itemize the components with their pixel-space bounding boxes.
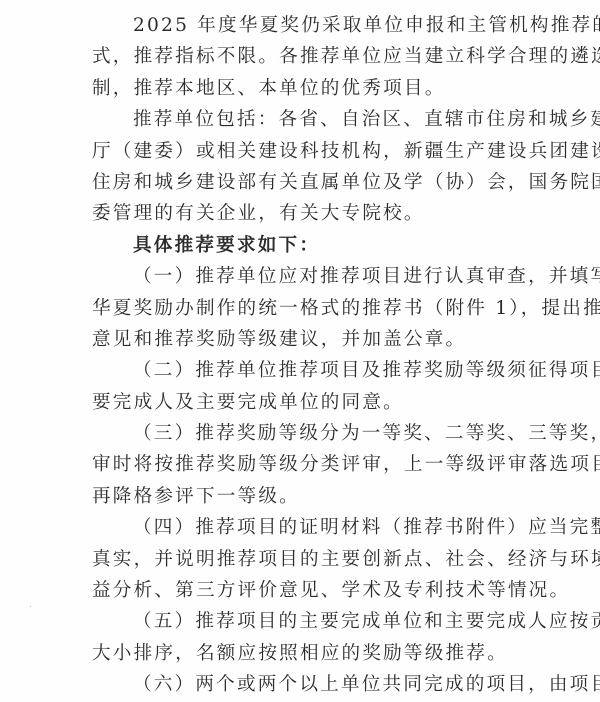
text-line: （四）推荐项目的证明材料（推荐书附件）应当完整、 xyxy=(92,512,512,543)
requirement-item-6: （六）两个或两个以上单位共同完成的项目，由项目主 xyxy=(92,669,512,700)
text-line: 再降格参评下一等级。 xyxy=(92,481,512,512)
text-line: 2025 年度华夏奖仍采取单位申报和主管机构推荐的方 xyxy=(92,10,512,41)
paragraph-intro: 2025 年度华夏奖仍采取单位申报和主管机构推荐的方 式，推荐指标不限。各推荐单… xyxy=(92,10,512,104)
text-line: 要完成人及主要完成单位的同意。 xyxy=(92,387,512,418)
requirement-item-4: （四）推荐项目的证明材料（推荐书附件）应当完整、 真实，并说明推荐项目的主要创新… xyxy=(92,512,512,606)
text-line: 制，推荐本地区、本单位的优秀项目。 xyxy=(92,73,512,104)
text-line: 推荐单位包括：各省、自治区、直辖市住房和城乡建设 xyxy=(92,104,512,135)
text-line: （一）推荐单位应对推荐项目进行认真审查，并填写由 xyxy=(92,261,512,292)
requirement-item-2: （二）推荐单位推荐项目及推荐奖励等级须征得项目主 要完成人及主要完成单位的同意。 xyxy=(92,355,512,418)
text-line: 审时将按推荐奖励等级分类评审，上一等级评审落选项目不 xyxy=(92,449,512,480)
section-heading: 具体推荐要求如下： xyxy=(92,230,512,261)
document-body: 2025 年度华夏奖仍采取单位申报和主管机构推荐的方 式，推荐指标不限。各推荐单… xyxy=(92,10,512,701)
text-line: 式，推荐指标不限。各推荐单位应当建立科学合理的遴选机 xyxy=(92,41,512,72)
text-line: 大小排序，名额应按照相应的奖励等级推荐。 xyxy=(92,638,512,669)
scan-speck xyxy=(30,606,31,607)
text-line: （三）推荐奖励等级分为一等奖、二等奖、三等奖，评 xyxy=(92,418,512,449)
document-page: 2025 年度华夏奖仍采取单位申报和主管机构推荐的方 式，推荐指标不限。各推荐单… xyxy=(0,0,600,702)
paragraph-recommending-units: 推荐单位包括：各省、自治区、直辖市住房和城乡建设 厅（建委）或相关建设科技机构，… xyxy=(92,104,512,230)
text-line: 住房和城乡建设部有关直属单位及学（协）会，国务院国资 xyxy=(92,167,512,198)
requirement-item-3: （三）推荐奖励等级分为一等奖、二等奖、三等奖，评 审时将按推荐奖励等级分类评审，… xyxy=(92,418,512,512)
requirement-item-1: （一）推荐单位应对推荐项目进行认真审查，并填写由 华夏奖励办制作的统一格式的推荐… xyxy=(92,261,512,355)
text-line: 委管理的有关企业，有关大专院校。 xyxy=(92,198,512,229)
text-line: （五）推荐项目的主要完成单位和主要完成人应按贡献 xyxy=(92,606,512,637)
text-line: 真实，并说明推荐项目的主要创新点、社会、经济与环境效 xyxy=(92,544,512,575)
text-line: 厅（建委）或相关建设科技机构，新疆生产建设兵团建设局， xyxy=(92,136,512,167)
text-line: 意见和推荐奖励等级建议，并加盖公章。 xyxy=(92,324,512,355)
requirement-item-5: （五）推荐项目的主要完成单位和主要完成人应按贡献 大小排序，名额应按照相应的奖励… xyxy=(92,606,512,669)
text-line: 益分析、第三方评价意见、学术及专利技术等情况。 xyxy=(92,575,512,606)
requirements-heading: 具体推荐要求如下： xyxy=(92,230,512,261)
text-line: （二）推荐单位推荐项目及推荐奖励等级须征得项目主 xyxy=(92,355,512,386)
text-line: （六）两个或两个以上单位共同完成的项目，由项目主 xyxy=(92,669,512,700)
text-line: 华夏奖励办制作的统一格式的推荐书（附件 1），提出推荐 xyxy=(92,293,512,324)
